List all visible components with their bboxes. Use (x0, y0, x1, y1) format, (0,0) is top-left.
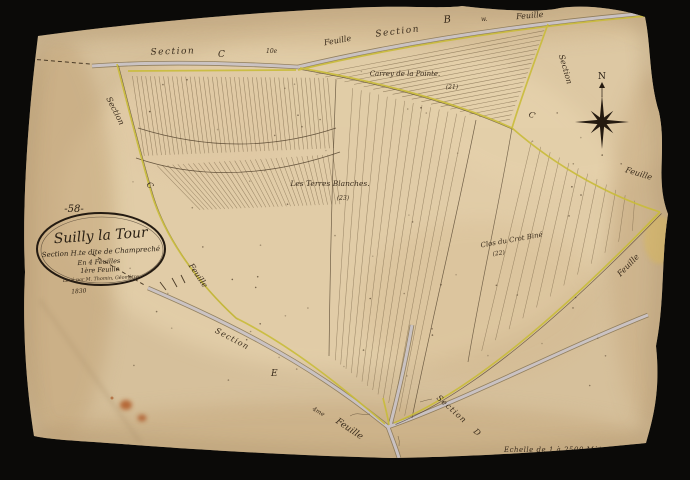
margin-mark: w. (481, 16, 487, 23)
parcel-number: (23) (337, 195, 350, 202)
scanned-cadastral-map: N -58- Suilly la Tour Section H.te dite … (0, 0, 690, 480)
compass-north-label: N (598, 72, 606, 82)
cartouche-year: 1830 (71, 287, 87, 295)
section-label: Section (150, 46, 195, 58)
section-letter: B (442, 14, 452, 26)
parcel-label: Carrey de la Pointe. (370, 70, 441, 78)
parcel-number: (21) (446, 84, 459, 91)
sheet-number-note: 10e (266, 48, 278, 55)
section-letter: C (218, 50, 225, 60)
section-letter: E (270, 369, 278, 379)
parcel-label: Les Terres Blanches. (289, 179, 369, 188)
plate-number: -58- (64, 204, 84, 215)
